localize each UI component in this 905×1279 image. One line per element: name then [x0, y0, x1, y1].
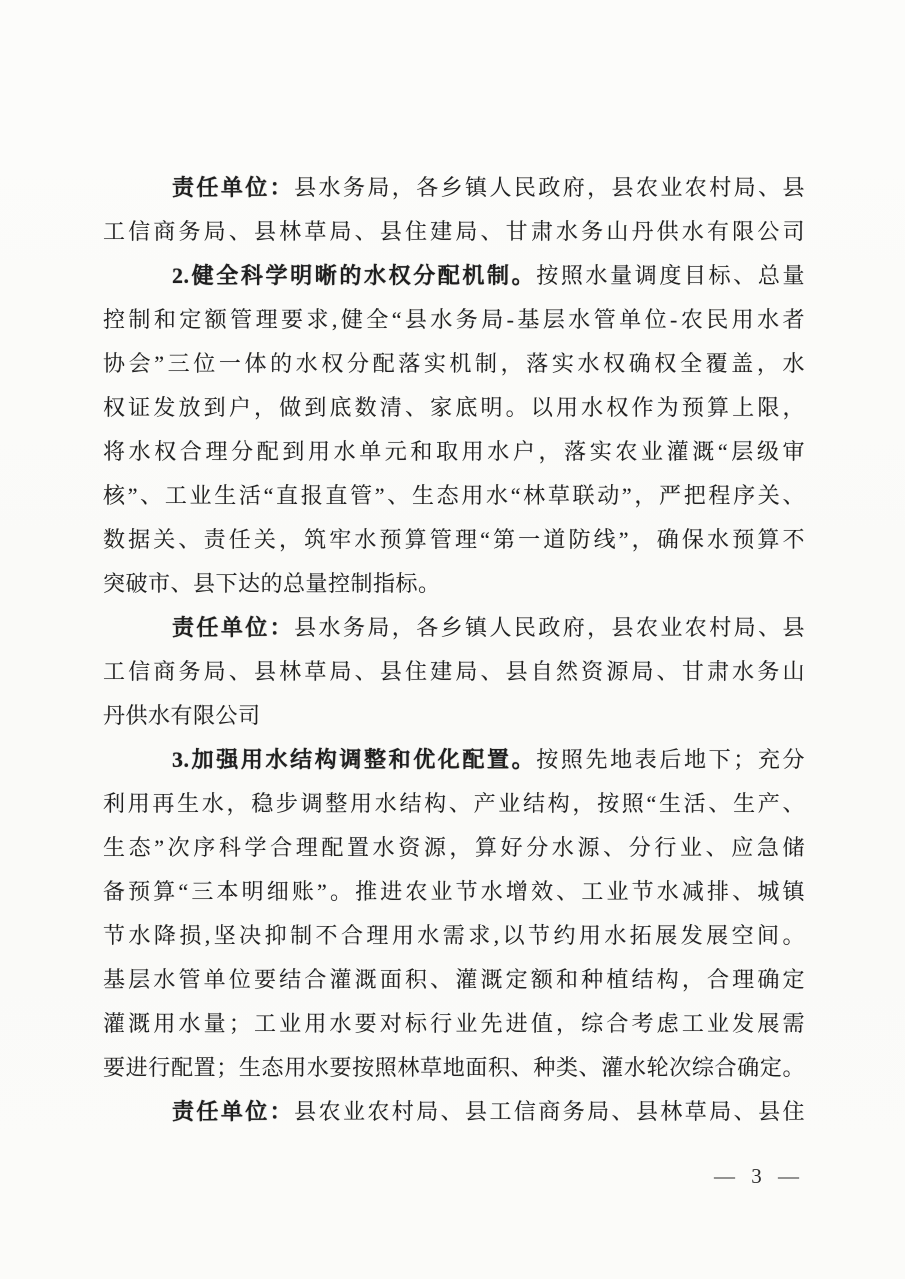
line-text: 工信商务局、县林草局、县住建局、县自然资源局、甘肃水务山 [103, 659, 805, 684]
line-text: 丹供水有限公司 [103, 703, 261, 728]
text-line: 控制和定额管理要求,健全“县水务局-基层水管单位-农民用水者 [103, 298, 805, 342]
line-text: 突破市、县下达的总量控制指标。 [103, 571, 441, 596]
text-line: 责任单位：县水务局，各乡镇人民政府，县农业农村局、县 [103, 606, 805, 650]
line-text: 按照先地表后地下；充分 [536, 747, 805, 772]
line-text: 县水务局，各乡镇人民政府，县农业农村局、县 [294, 615, 805, 640]
text-line: 要进行配置；生态用水要按照林草地面积、种类、灌水轮次综合确定。 [103, 1046, 805, 1090]
text-line: 权证发放到户，做到底数清、家底明。以用水权作为预算上限， [103, 386, 805, 430]
line-text: 灌溉用水量；工业用水要对标行业先进值，综合考虑工业发展需 [103, 1011, 805, 1036]
text-line: 节水降损,坚决抑制不合理用水需求,以节约用水拓展发展空间。 [103, 914, 805, 958]
line-text: 县水务局，各乡镇人民政府，县农业农村局、县 [294, 175, 805, 200]
text-line: 责任单位：县水务局，各乡镇人民政府，县农业农村局、县 [103, 166, 805, 210]
text-line: 协会”三位一体的水权分配落实机制，落实水权确权全覆盖，水 [103, 342, 805, 386]
line-text: 权证发放到户，做到底数清、家底明。以用水权作为预算上限， [103, 395, 805, 420]
text-line: 利用再生水，稳步调整用水结构、产业结构，按照“生活、生产、 [103, 782, 805, 826]
line-text: 协会”三位一体的水权分配落实机制，落实水权确权全覆盖，水 [103, 351, 805, 376]
document-body: 责任单位：县水务局，各乡镇人民政府，县农业农村局、县 工信商务局、县林草局、县住… [103, 166, 805, 1134]
line-text: 基层水管单位要结合灌溉面积、灌溉定额和种植结构，合理确定 [103, 967, 805, 992]
text-line: 将水权合理分配到用水单元和取用水户，落实农业灌溉“层级审 [103, 430, 805, 474]
line-text: 数据关、责任关，筑牢水预算管理“第一道防线”，确保水预算不 [103, 527, 805, 552]
line-text: 县农业农村局、县工信商务局、县林草局、县住 [294, 1099, 805, 1124]
text-line: 责任单位：县农业农村局、县工信商务局、县林草局、县住 [103, 1090, 805, 1134]
line-text: 按照水量调度目标、总量 [536, 263, 805, 288]
text-line: 2.健全科学明晰的水权分配机制。按照水量调度目标、总量 [103, 254, 805, 298]
line-lead-bold: 3.加强用水结构调整和优化配置。 [172, 747, 536, 772]
page-number: — 3 — [714, 1164, 801, 1189]
text-line: 工信商务局、县林草局、县住建局、甘肃水务山丹供水有限公司 [103, 210, 805, 254]
line-text: 核”、工业生活“直报直管”、生态用水“林草联动”，严把程序关、 [103, 483, 805, 508]
line-text: 节水降损,坚决抑制不合理用水需求,以节约用水拓展发展空间。 [103, 923, 805, 948]
text-line: 3.加强用水结构调整和优化配置。按照先地表后地下；充分 [103, 738, 805, 782]
text-line: 数据关、责任关，筑牢水预算管理“第一道防线”，确保水预算不 [103, 518, 805, 562]
line-lead-bold: 责任单位： [172, 615, 294, 640]
text-line: 备预算“三本明细账”。推进农业节水增效、工业节水减排、城镇 [103, 870, 805, 914]
text-line: 基层水管单位要结合灌溉面积、灌溉定额和种植结构，合理确定 [103, 958, 805, 1002]
line-text: 生态”次序科学合理配置水资源，算好分水源、分行业、应急储 [103, 835, 805, 860]
line-lead-bold: 2.健全科学明晰的水权分配机制。 [172, 263, 536, 288]
text-line: 生态”次序科学合理配置水资源，算好分水源、分行业、应急储 [103, 826, 805, 870]
line-text: 要进行配置；生态用水要按照林草地面积、种类、灌水轮次综合确定。 [103, 1055, 805, 1080]
text-line: 丹供水有限公司 [103, 694, 805, 738]
line-text: 控制和定额管理要求,健全“县水务局-基层水管单位-农民用水者 [103, 307, 805, 332]
text-line: 工信商务局、县林草局、县住建局、县自然资源局、甘肃水务山 [103, 650, 805, 694]
text-line: 灌溉用水量；工业用水要对标行业先进值，综合考虑工业发展需 [103, 1002, 805, 1046]
line-text: 将水权合理分配到用水单元和取用水户，落实农业灌溉“层级审 [103, 439, 805, 464]
line-text: 备预算“三本明细账”。推进农业节水增效、工业节水减排、城镇 [103, 879, 805, 904]
line-text: 利用再生水，稳步调整用水结构、产业结构，按照“生活、生产、 [103, 791, 805, 816]
line-lead-bold: 责任单位： [172, 1099, 294, 1124]
line-lead-bold: 责任单位： [172, 175, 294, 200]
scanned-page: 责任单位：县水务局，各乡镇人民政府，县农业农村局、县 工信商务局、县林草局、县住… [0, 0, 905, 1279]
text-line: 突破市、县下达的总量控制指标。 [103, 562, 805, 606]
text-line: 核”、工业生活“直报直管”、生态用水“林草联动”，严把程序关、 [103, 474, 805, 518]
line-text: 工信商务局、县林草局、县住建局、甘肃水务山丹供水有限公司 [103, 219, 805, 244]
